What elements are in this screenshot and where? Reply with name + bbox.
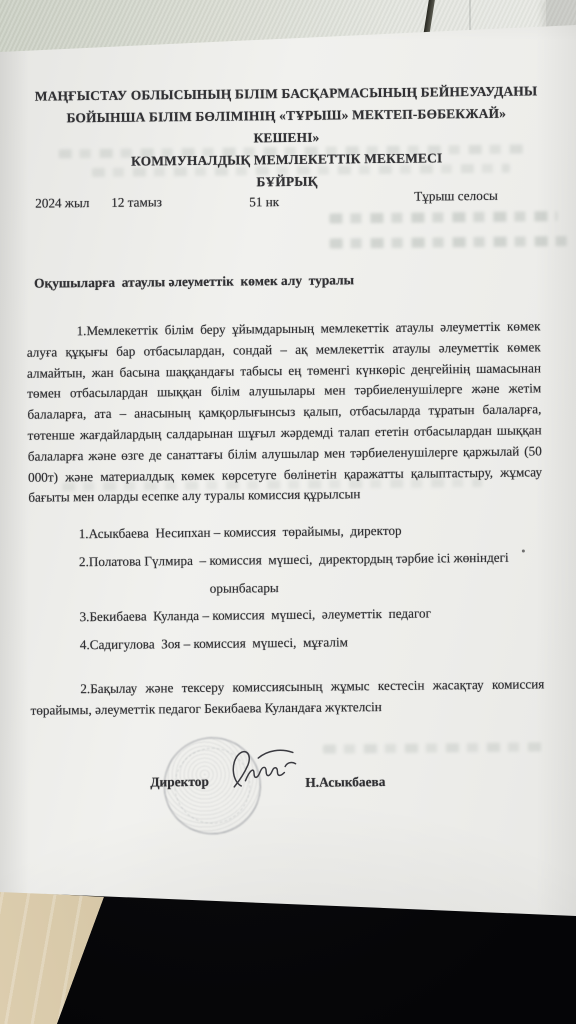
ink-speck: [522, 550, 525, 553]
doc-number: 51 нк: [249, 194, 279, 210]
commission-member: 1.Асыкбаева Несипхан – комиссия төрайымы…: [79, 523, 402, 542]
paper-sheet: МАҢҒЫСТАУ ОБЛЫСЫНЫҢ БІЛІМ БАСҚАРМАСЫНЫҢ …: [0, 0, 576, 1024]
doc-year: 2024 жыл: [35, 195, 89, 212]
signature-name: Н.Асыкбаева: [305, 774, 385, 791]
commission-member: 2.Полатова Гүлмира – комиссия мүшесі, ди…: [79, 550, 509, 570]
document-subject: Оқушыларға атаулы әлеуметтік көмек алу т…: [34, 272, 354, 291]
photo-scene: МАҢҒЫСТАУ ОБЛЫСЫНЫҢ БІЛІМ БАСҚАРМАСЫНЫҢ …: [0, 0, 576, 1024]
ink-bleed-line: [330, 236, 568, 248]
paragraph-1: 1.Мемлекеттік білім беру ұйымдарының мем…: [26, 316, 542, 509]
commission-member: 4.Садигулова Зоя – комиссия мүшесі, мұға…: [80, 634, 348, 653]
doc-place: Тұрыш селосы: [414, 188, 498, 205]
handwritten-signature: [227, 743, 306, 796]
commission-member-cont: орынбасары: [79, 579, 409, 598]
commission-member: 3.Бекибаева Куланда – комиссия мүшесі, ә…: [79, 605, 431, 625]
signature-title: Директор: [150, 774, 209, 791]
org-name-line2: БОЙЫНША БІЛІМ БӨЛІМІНІҢ «ТҰРЫШ» МЕКТЕП-Б…: [34, 102, 538, 151]
ink-bleed-line: [329, 211, 557, 223]
paragraph-2: 2.Бақылау және тексеру комиссиясының жұм…: [30, 674, 544, 721]
doc-day: 12 тамыз: [111, 194, 162, 211]
ink-bleed-line: [323, 742, 548, 753]
document-content: МАҢҒЫСТАУ ОБЛЫСЫНЫҢ БІЛІМ БАСҚАРМАСЫНЫҢ …: [0, 0, 576, 1024]
org-header: МАҢҒЫСТАУ ОБЛЫСЫНЫҢ БІЛІМ БАСҚАРМАСЫНЫҢ …: [34, 80, 539, 195]
